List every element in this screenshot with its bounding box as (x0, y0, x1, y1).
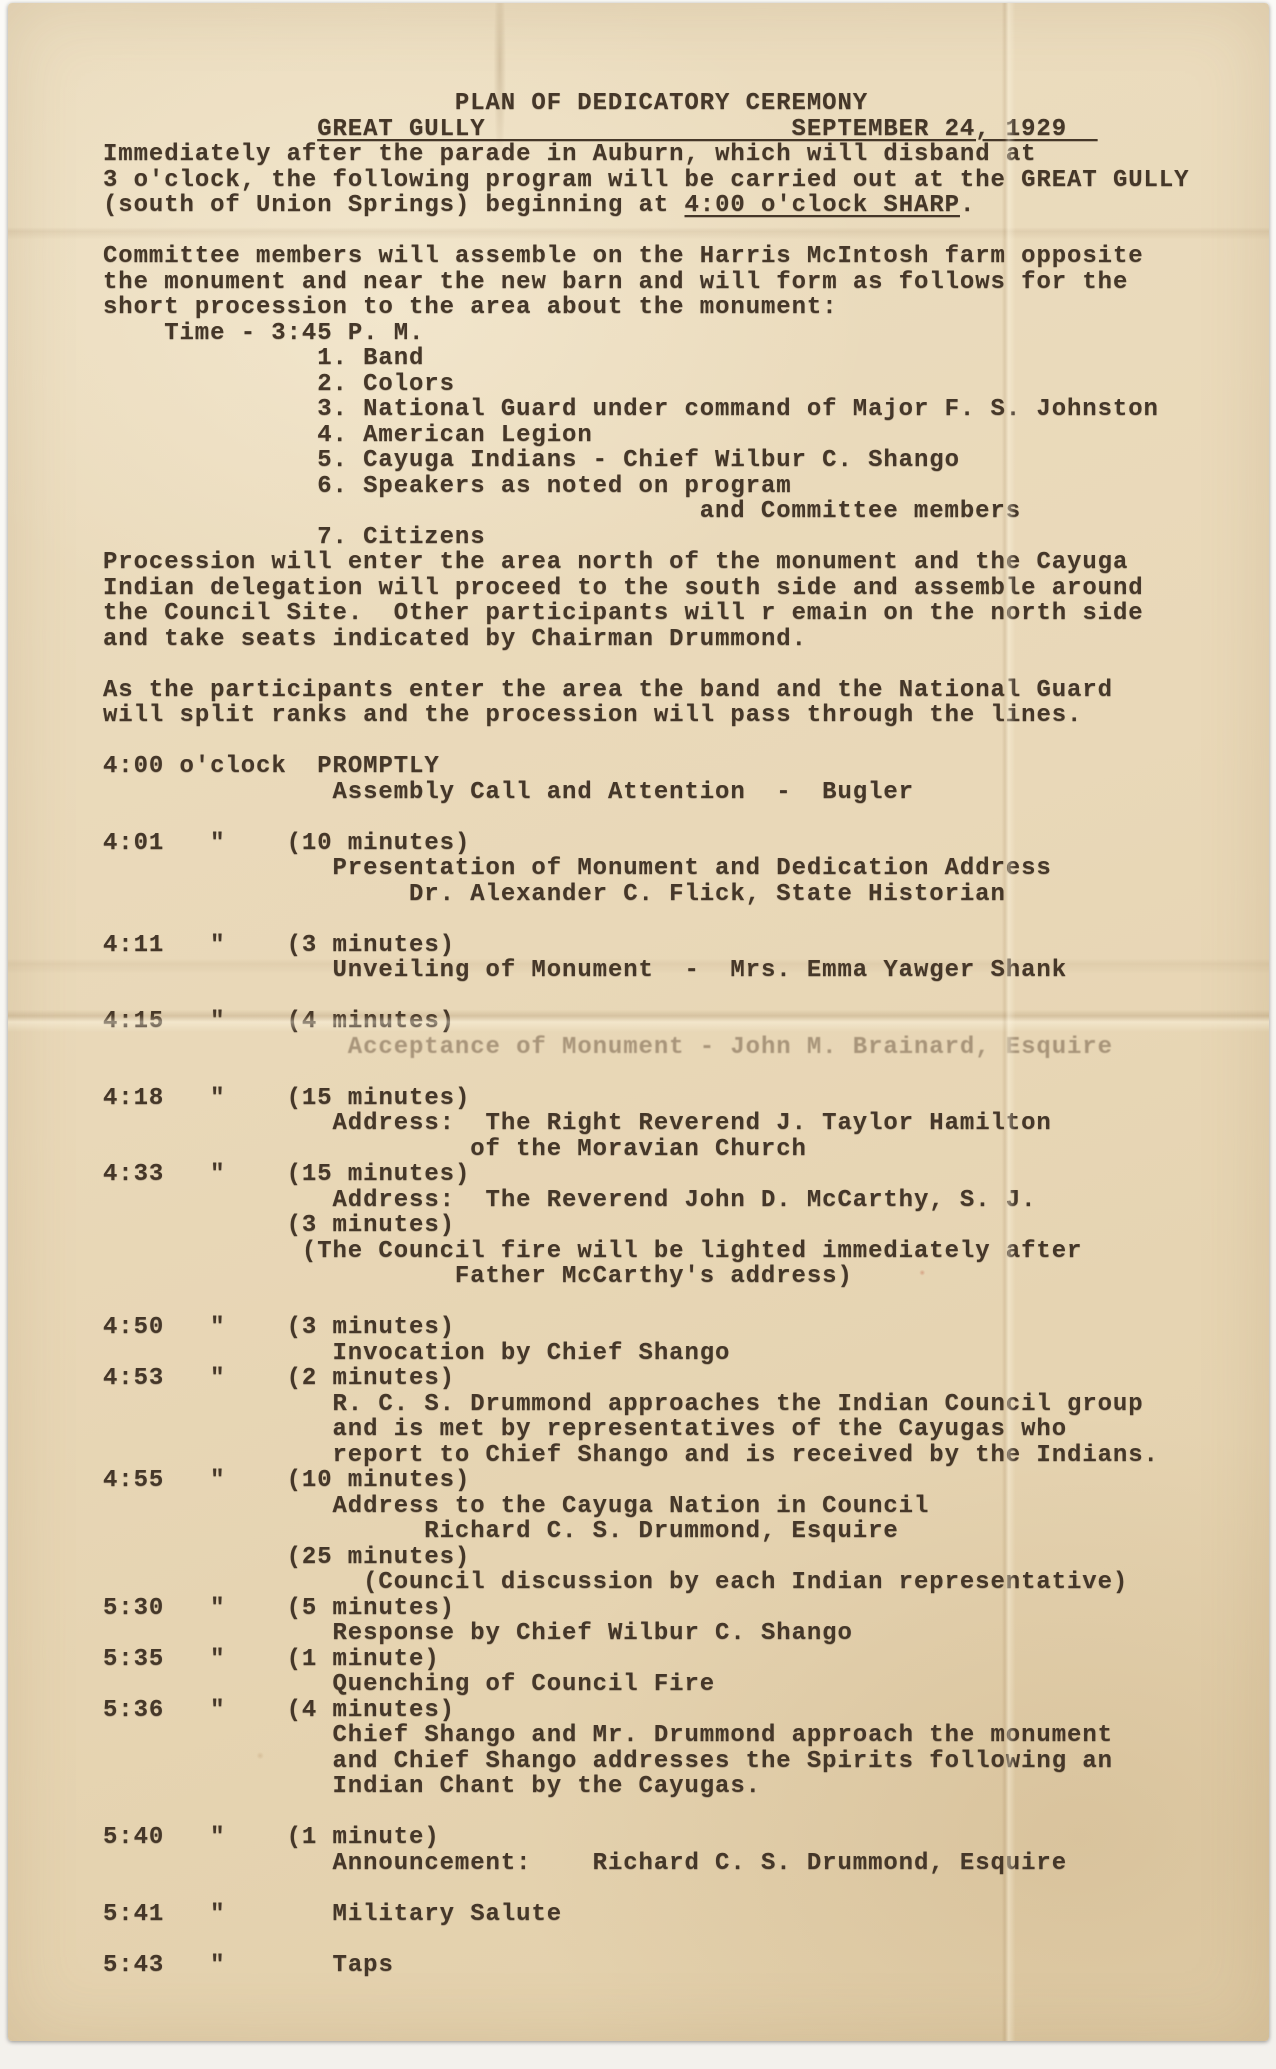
document-line: Announcement: Richard C. S. Drummond, Es… (333, 1851, 1270, 1877)
document-line: Response by Chief Wilbur C. Shango (333, 1621, 1270, 1647)
text-run: of the Moravian Church (470, 1136, 807, 1163)
text-run: 4:15 " (4 minutes) (103, 1008, 455, 1035)
text-run: 5:35 " (1 minute) (103, 1646, 440, 1673)
text-run: 5:41 " Military Salute (103, 1901, 562, 1928)
document-line: 6. Speakers as noted on program (317, 474, 1269, 500)
document-line: 4:00 o'clock PROMPTLY (103, 754, 1269, 780)
document-line: the Council Site. Other participants wil… (103, 601, 1269, 627)
document-line: Acceptance of Monument - John M. Brainar… (348, 1035, 1269, 1061)
text-run: 4:33 " (15 minutes) (103, 1161, 470, 1188)
document-line: 5:36 " (4 minutes) (103, 1698, 1269, 1724)
document-line: report to Chief Shango and is received b… (333, 1443, 1270, 1469)
document-line (103, 805, 1269, 831)
text-run: 2. Colors (317, 371, 455, 398)
text-run: will split ranks and the procession will… (103, 702, 1082, 729)
text-run: PLAN OF DEDICATORY CEREMONY (455, 90, 868, 117)
text-run: (Council discussion by each Indian repre… (363, 1569, 1128, 1596)
document-line: of the Moravian Church (470, 1137, 1269, 1163)
text-run: Acceptance of Monument - John M. Brainar… (348, 1034, 1113, 1061)
document-line: As the participants enter the area the b… (103, 678, 1269, 704)
text-run: Indian Chant by the Cayugas. (333, 1773, 761, 1800)
document-line: 4:01 " (10 minutes) (103, 831, 1269, 857)
document-line (103, 219, 1269, 245)
document-line: 4:11 " (3 minutes) (103, 933, 1269, 959)
document-line: Quenching of Council Fire (333, 1672, 1270, 1698)
document-line: 7. Citizens (317, 525, 1269, 551)
text-run: (south of Union Springs) beginning at (103, 192, 685, 219)
document-line: 1. Band (317, 346, 1269, 372)
document-line: 5:40 " (1 minute) (103, 1825, 1269, 1851)
document-line: Time - 3:45 P. M. (164, 321, 1269, 347)
text-run: short procession to the area about the m… (103, 294, 838, 321)
document-line: Procession will enter the area north of … (103, 550, 1269, 576)
document-line: Dr. Alexander C. Flick, State Historian (409, 882, 1269, 908)
text-run: 5:40 " (1 minute) (103, 1824, 440, 1851)
text-run: . (960, 192, 975, 219)
text-run: Father McCarthy's address) (455, 1263, 853, 1290)
text-run: Indian delegation will proceed to the so… (103, 575, 1144, 602)
document-line: Richard C. S. Drummond, Esquire (424, 1519, 1269, 1545)
text-run: and Chief Shango addresses the Spirits f… (333, 1748, 1113, 1775)
document-line (103, 1060, 1269, 1086)
text-run: (3 minutes) (287, 1212, 455, 1239)
text-run: and is met by representatives of the Cay… (333, 1416, 1068, 1443)
text-run: the Council Site. Other participants wil… (103, 600, 1144, 627)
document-line: 5:35 " (1 minute) (103, 1647, 1269, 1673)
text-run: 1. Band (317, 345, 424, 372)
document-line: 4. American Legion (317, 423, 1269, 449)
underlined-text-run: GREAT GULLY SEPTEMBER 24, 1929 (317, 116, 1097, 143)
document-line: Address: The Reverend John D. McCarthy, … (333, 1188, 1270, 1214)
text-run: 4:11 " (3 minutes) (103, 932, 455, 959)
document-page: PLAN OF DEDICATORY CEREMONYGREAT GULLY S… (8, 3, 1269, 2041)
text-run: Invocation by Chief Shango (333, 1340, 731, 1367)
text-run: 5:30 " (5 minutes) (103, 1595, 455, 1622)
document-line (103, 1290, 1269, 1316)
document-line: 2. Colors (317, 372, 1269, 398)
document-line (103, 1800, 1269, 1826)
text-run: 5. Cayuga Indians - Chief Wilbur C. Shan… (317, 447, 960, 474)
text-run: R. C. S. Drummond approaches the Indian … (333, 1391, 1144, 1418)
text-run: Presentation of Monument and Dedication … (333, 855, 1052, 882)
text-run: Address: The Reverend John D. McCarthy, … (333, 1187, 1037, 1214)
document-line: 5. Cayuga Indians - Chief Wilbur C. Shan… (317, 448, 1269, 474)
document-line: Presentation of Monument and Dedication … (333, 856, 1270, 882)
document-line: 5:43 " Taps (103, 1953, 1269, 1979)
document-line (103, 984, 1269, 1010)
document-line: Immediately after the parade in Auburn, … (103, 142, 1269, 168)
document-line: and is met by representatives of the Cay… (333, 1417, 1270, 1443)
document-line: Unveiling of Monument - Mrs. Emma Yawger… (333, 958, 1270, 984)
document-line: Committee members will assemble on the H… (103, 244, 1269, 270)
text-run: (The Council fire will be lighted immedi… (302, 1238, 1082, 1265)
document-line: Father McCarthy's address) (455, 1264, 1269, 1290)
scan-background: PLAN OF DEDICATORY CEREMONYGREAT GULLY S… (0, 0, 1276, 2069)
underlined-text-run: 4:00 o'clock SHARP (685, 192, 960, 219)
text-run: 7. Citizens (317, 524, 485, 551)
text-run: 4:18 " (15 minutes) (103, 1085, 470, 1112)
text-run: Committee members will assemble on the H… (103, 243, 1144, 270)
document-line: 4:33 " (15 minutes) (103, 1162, 1269, 1188)
document-line: 3. National Guard under command of Major… (317, 397, 1269, 423)
text-run: Announcement: Richard C. S. Drummond, Es… (333, 1850, 1068, 1877)
text-run: 5:36 " (4 minutes) (103, 1697, 455, 1724)
document-content: PLAN OF DEDICATORY CEREMONYGREAT GULLY S… (8, 3, 1269, 2041)
text-run: Address to the Cayuga Nation in Council (333, 1493, 930, 1520)
document-line: Indian Chant by the Cayugas. (333, 1774, 1270, 1800)
text-run: Response by Chief Wilbur C. Shango (333, 1620, 853, 1647)
document-line: the monument and near the new barn and w… (103, 270, 1269, 296)
document-line: PLAN OF DEDICATORY CEREMONY (455, 91, 1269, 117)
document-line: and Chief Shango addresses the Spirits f… (333, 1749, 1270, 1775)
document-line: Invocation by Chief Shango (333, 1341, 1270, 1367)
document-line: will split ranks and the procession will… (103, 703, 1269, 729)
document-line: GREAT GULLY SEPTEMBER 24, 1929 (317, 117, 1269, 143)
document-line: Address: The Right Reverend J. Taylor Ha… (333, 1111, 1270, 1137)
text-run: (25 minutes) (287, 1544, 471, 1571)
text-run: 4:00 o'clock PROMPTLY (103, 753, 440, 780)
document-line: 5:41 " Military Salute (103, 1902, 1269, 1928)
text-run: 3. National Guard under command of Major… (317, 396, 1159, 423)
text-run: report to Chief Shango and is received b… (333, 1442, 1159, 1469)
document-line: 4:18 " (15 minutes) (103, 1086, 1269, 1112)
document-line (103, 1927, 1269, 1953)
document-line (103, 1876, 1269, 1902)
text-run: Chief Shango and Mr. Drummond approach t… (333, 1722, 1113, 1749)
document-line (103, 729, 1269, 755)
document-line: R. C. S. Drummond approaches the Indian … (333, 1392, 1270, 1418)
text-run: 4:55 " (10 minutes) (103, 1467, 470, 1494)
document-line (103, 652, 1269, 678)
text-run: Time - 3:45 P. M. (164, 320, 424, 347)
text-run: As the participants enter the area the b… (103, 677, 1113, 704)
document-line: Indian delegation will proceed to the so… (103, 576, 1269, 602)
document-line: Chief Shango and Mr. Drummond approach t… (333, 1723, 1270, 1749)
text-run: the monument and near the new barn and w… (103, 269, 1128, 296)
document-line: (Council discussion by each Indian repre… (363, 1570, 1269, 1596)
document-line: 4:15 " (4 minutes) (103, 1009, 1269, 1035)
document-line: 4:53 " (2 minutes) (103, 1366, 1269, 1392)
text-run: 3 o'clock, the following program will be… (103, 167, 1189, 194)
text-run: 4. American Legion (317, 422, 592, 449)
text-run: and Committee members (700, 498, 1021, 525)
document-line: 4:50 " (3 minutes) (103, 1315, 1269, 1341)
document-line: 3 o'clock, the following program will be… (103, 168, 1269, 194)
document-line (103, 907, 1269, 933)
text-run: Dr. Alexander C. Flick, State Historian (409, 881, 1006, 908)
text-run: Richard C. S. Drummond, Esquire (424, 1518, 898, 1545)
text-run: Procession will enter the area north of … (103, 549, 1128, 576)
text-run: Address: The Right Reverend J. Taylor Ha… (333, 1110, 1052, 1137)
document-line: Address to the Cayuga Nation in Council (333, 1494, 1270, 1520)
text-run: Unveiling of Monument - Mrs. Emma Yawger… (333, 957, 1068, 984)
text-run: Immediately after the parade in Auburn, … (103, 141, 1036, 168)
text-run: 5:43 " Taps (103, 1952, 394, 1979)
document-line: (The Council fire will be lighted immedi… (302, 1239, 1269, 1265)
document-line: and take seats indicated by Chairman Dru… (103, 627, 1269, 653)
text-run: 6. Speakers as noted on program (317, 473, 791, 500)
text-run: Quenching of Council Fire (333, 1671, 716, 1698)
text-run: 4:01 " (10 minutes) (103, 830, 470, 857)
document-line: and Committee members (700, 499, 1269, 525)
document-line: short procession to the area about the m… (103, 295, 1269, 321)
text-run: and take seats indicated by Chairman Dru… (103, 626, 807, 653)
document-line: (south of Union Springs) beginning at 4:… (103, 193, 1269, 219)
text-run: 4:50 " (3 minutes) (103, 1314, 455, 1341)
text-run: 4:53 " (2 minutes) (103, 1365, 455, 1392)
document-line: 5:30 " (5 minutes) (103, 1596, 1269, 1622)
text-run: Assembly Call and Attention - Bugler (333, 779, 915, 806)
document-line: Assembly Call and Attention - Bugler (333, 780, 1270, 806)
document-line: (3 minutes) (287, 1213, 1269, 1239)
document-line: 4:55 " (10 minutes) (103, 1468, 1269, 1494)
document-line: (25 minutes) (287, 1545, 1269, 1571)
